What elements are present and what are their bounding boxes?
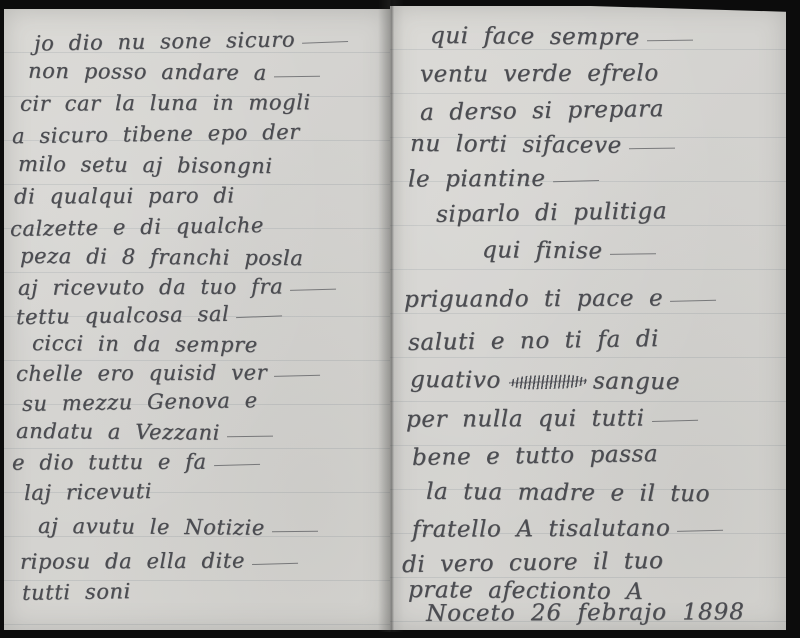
handwritten-line: tettu qualcosa sal xyxy=(16,301,283,329)
letter-scan: jo dio nu sone sicuro non posso andare a… xyxy=(0,0,800,638)
handwritten-line: saluti e no ti fa di xyxy=(408,326,659,356)
handwritten-line: e dio tuttu e fa xyxy=(12,449,260,474)
handwritten-line: siparlo di pulitiga xyxy=(436,198,668,228)
handwritten-line: milo setu aj bisongni xyxy=(18,152,273,178)
handwritten-line: cicci in da sempre xyxy=(32,331,258,357)
handwritten-line: peza di 8 franchi posla xyxy=(20,244,304,270)
handwritten-line: nu lorti sifaceve xyxy=(410,131,675,159)
handwritten-line: a sicuro tibene epo der xyxy=(12,120,300,149)
letter-page-left: jo dio nu sone sicuro non posso andare a… xyxy=(4,9,390,630)
handwritten-line: la tua madre e il tuo xyxy=(426,479,710,507)
handwritten-line: laj ricevuti xyxy=(24,479,152,505)
handwritten-line: di qualqui paro di xyxy=(14,183,235,208)
letter-page-right: qui face sempre ventu verde efrelo a der… xyxy=(390,6,786,630)
handwritten-line: di vero cuore il tuo xyxy=(402,548,664,578)
struck-line-before: guativo xyxy=(410,367,501,394)
scribbled-out-word xyxy=(509,374,587,390)
handwritten-line: aj ricevuto da tuo fra xyxy=(18,274,336,300)
handwritten-line: riposu da ella dite xyxy=(20,548,298,573)
handwritten-line: qui face sempre xyxy=(430,23,693,51)
handwritten-line: cir car la luna in mogli xyxy=(20,90,311,116)
handwritten-line: qui finise xyxy=(482,237,656,265)
handwritten-line: calzette e di qualche xyxy=(10,213,264,241)
scan-edge-bottom xyxy=(0,630,800,638)
handwritten-line: per nulla qui tutti xyxy=(406,405,698,433)
handwritten-line: fratello A tisalutano xyxy=(412,515,724,543)
handwritten-line: tutti soni xyxy=(22,579,131,605)
handwritten-line: le piantine xyxy=(408,166,599,193)
handwritten-line: priguando ti pace e xyxy=(404,285,716,313)
handwritten-line: su mezzu Genova e xyxy=(22,388,258,416)
struck-line-after: sangue xyxy=(593,368,680,395)
handwritten-line: aj avutu le Notizie xyxy=(38,514,318,540)
handwritten-line: chelle ero quisid ver xyxy=(16,360,320,386)
handwritten-line-with-scribble: guativosangue xyxy=(410,367,680,395)
handwritten-line: bene e tutto passa xyxy=(412,441,659,471)
date-location-line: Noceto 26 febrajo 1898 xyxy=(426,599,745,627)
handwritten-line: ventu verde efrelo xyxy=(420,60,659,87)
handwritten-line: jo dio nu sone sicuro xyxy=(34,27,348,56)
handwritten-line: andatu a Vezzani xyxy=(16,419,273,445)
handwritten-line: non posso andare a xyxy=(28,59,320,86)
handwritten-line: a derso si prepara xyxy=(420,96,664,126)
